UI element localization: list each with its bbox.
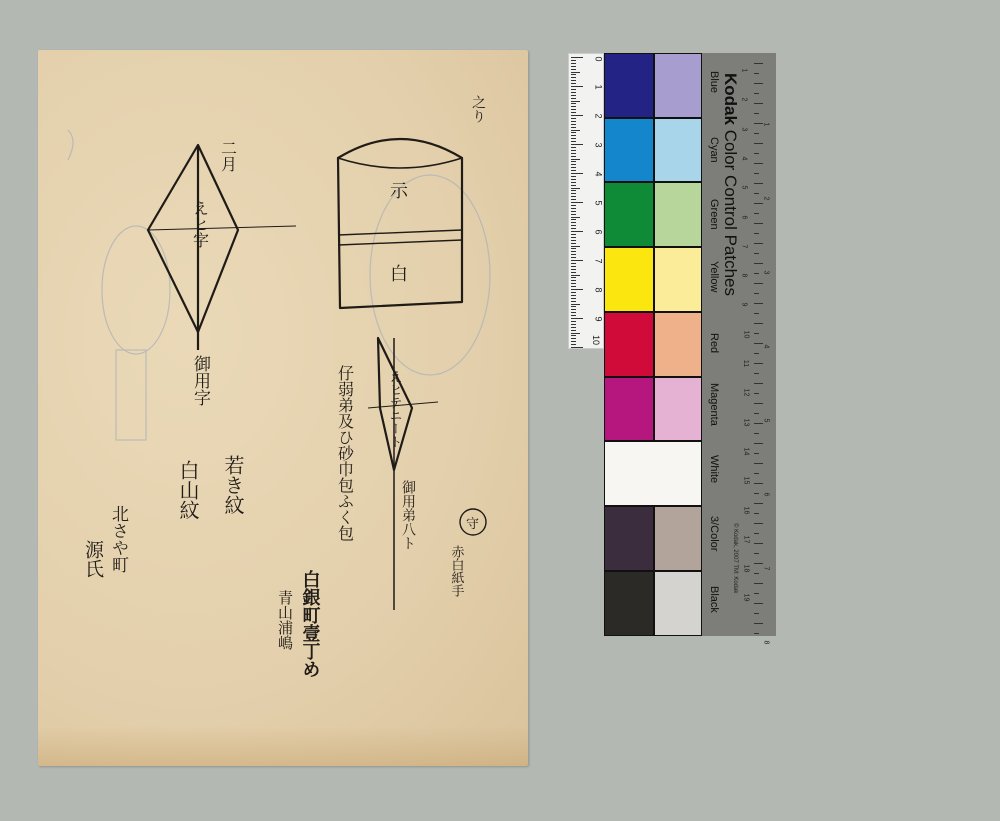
ruler-tick [571,333,580,334]
svg-text:御用弟八ト: 御用弟八ト [400,480,416,550]
gray-ruler-tick [754,433,759,434]
patch-green-dark [604,182,654,247]
ruler-tick [571,179,576,180]
gray-ruler-tick [754,323,763,324]
ruler-number: 3 [593,142,603,147]
gray-ruler-number: 7 [740,244,747,248]
gray-ruler-tick [754,313,759,314]
gray-ruler-tick [754,473,759,474]
gray-ruler-tick [754,453,759,454]
ruler-tick [571,199,576,200]
gray-ruler-tick [754,223,763,224]
label-black: Black [708,586,720,613]
gray-ruler-inch-number: 1 [762,123,769,127]
gray-ruler-tick [754,203,763,204]
gray-ruler-tick [754,123,763,124]
svg-text:青山浦嶋: 青山浦嶋 [276,590,294,650]
gray-ruler-number: 17 [742,535,749,543]
ruler-tick [571,347,583,348]
patch-magenta-light [654,377,702,441]
gray-ruler-tick [754,103,763,104]
patch-black-light [654,571,702,636]
gray-ruler-number: 5 [740,186,747,190]
ruler-tick [571,161,576,162]
white-cm-ruler: 0 1 2 3 4 5 6 7 8 9 10 [568,53,604,349]
ruler-tick [571,147,576,148]
gray-ruler-number: 9 [740,303,747,307]
patch-green-light [654,182,702,247]
label-magenta: Magenta [708,383,720,426]
gray-ruler-number: 4 [740,156,747,160]
ruler-tick [571,306,576,307]
ruler-tick [571,289,583,290]
patch-white [604,441,702,506]
patch-blue-dark [604,53,654,118]
label-green: Green [708,199,720,230]
gray-ruler-number: 18 [742,565,749,573]
gray-ruler-number: 3 [740,127,747,131]
gray-ruler-number: 14 [742,447,749,455]
gray-ruler-tick [754,273,759,274]
ruler-tick [571,98,576,99]
svg-text:赤白紙手: 赤白紙手 [449,544,465,597]
gray-ruler-tick [754,543,763,544]
gray-ruler-tick [754,403,763,404]
ruler-tick [571,63,576,64]
gray-ruler-tick [754,213,759,214]
ruler-tick [571,266,576,267]
gray-ruler-tick [754,303,763,304]
svg-text:白山紋: 白山紋 [176,460,200,520]
ruler-tick [571,57,583,58]
ruler-tick [571,321,576,322]
ruler-tick [571,86,583,87]
ruler-tick [571,277,576,278]
patch-yellow-dark [604,247,654,312]
gray-ruler-tick [754,233,759,234]
svg-text:示: 示 [390,181,409,202]
ruler-tick [571,237,576,238]
gray-ruler-tick [754,443,763,444]
ruler-tick [571,211,576,212]
ruler-tick [571,150,576,151]
gray-ruler-inch-number: 4 [762,345,769,349]
label-cyan: Cyan [708,137,720,163]
gray-ruler-tick [754,173,759,174]
gray-ruler-tick [754,413,759,414]
ruler-number: 4 [593,171,603,176]
patch-cyan-dark [604,118,654,182]
ruler-tick [571,205,576,206]
svg-text:之り: 之り [470,95,486,123]
ruler-tick [571,228,576,229]
label-3color: 3/Color [708,516,720,551]
gray-ruler-tick [754,553,759,554]
ruler-tick [571,74,576,75]
gray-ruler-tick [754,263,763,264]
ruler-number: 0 [593,56,603,61]
ruler-tick [571,167,576,168]
patch-red-light [654,312,702,377]
gray-ruler-tick [754,293,759,294]
gray-ruler-number: 6 [740,215,747,219]
ruler-tick [571,115,583,116]
ruler-tick [571,315,576,316]
gray-ruler-tick [754,73,759,74]
ruler-tick [571,283,576,284]
gray-ruler-tick [754,153,759,154]
gray-ruler-tick [754,393,759,394]
ruler-tick [571,109,576,110]
ruler-tick [571,153,576,154]
ruler-tick [571,135,576,136]
gray-ruler-tick [754,83,763,84]
ruler-tick [571,301,576,302]
gray-ruler-tick [754,113,759,114]
svg-text:守: 守 [466,517,479,532]
ruler-tick [571,118,576,119]
ruler-tick [571,106,576,107]
ruler-tick [571,190,576,191]
ruler-tick [571,298,576,299]
ruler-number: 1 [593,84,603,89]
gray-ruler-tick [754,583,763,584]
ruler-tick [571,130,580,131]
ruler-tick [571,330,576,331]
gray-ruler-tick [754,633,759,634]
gray-ruler-tick [754,483,763,484]
ruler-number: 7 [593,258,603,263]
ruler-tick [571,89,576,90]
ruler-tick [571,292,576,293]
gray-ruler-number: 15 [742,477,749,485]
ruler-tick [571,327,576,328]
gray-ruler-tick [754,463,763,464]
gray-ruler-tick [754,363,763,364]
ruler-tick [571,251,576,252]
ruler-tick [571,66,576,67]
gray-ruler-tick [754,513,759,514]
ruler-number: 9 [593,316,603,321]
gray-ruler-inch-number: 6 [762,493,769,497]
ruler-tick [571,248,576,249]
manuscript-drawings: 二月 之り えヒ字 示 白 えヒテニート 守 御用字 若き紋 白山紋 北さや町 … [38,50,528,766]
ruler-tick [571,260,583,261]
copyright-text: © Kodak, 2007 TM: Kodak [732,523,738,593]
gray-ruler-number: 10 [742,330,749,338]
gray-ruler-tick [754,533,759,534]
ruler-tick [571,95,576,96]
ruler-tick [571,170,576,171]
gray-ruler-tick [754,503,763,504]
ruler-tick [571,254,576,255]
gray-ruler-tick [754,343,763,344]
ruler-tick [571,72,580,73]
ruler-tick [571,240,576,241]
ruler-tick [571,77,576,78]
ruler-tick [571,83,576,84]
kodak-color-control-chart: 0 1 2 3 4 5 6 7 8 9 10 12345678910111213… [568,53,776,636]
ruler-tick [571,164,576,165]
patch-yellow-light [654,247,702,312]
ruler-number: 10 [591,335,601,345]
gray-ruler-tick [754,193,759,194]
gray-ruler-number: 19 [742,594,749,602]
ruler-tick [571,275,580,276]
svg-text:白銀町壹丁め: 白銀町壹丁め [300,569,321,678]
gray-ruler-tick [754,613,759,614]
chart-brand-title: Kodak Color Control Patches [720,73,740,296]
ruler-tick [571,188,580,189]
gray-ruler-tick [754,493,759,494]
ruler-tick [571,335,576,336]
ruler-tick [571,272,576,273]
gray-ruler-tick [754,163,763,164]
patch-magenta-dark [604,377,654,441]
svg-text:えヒ字: えヒ字 [191,200,210,248]
ruler-tick [571,269,576,270]
ruler-tick [571,324,576,325]
gray-ruler-tick [754,423,763,424]
gray-ruler-tick [754,353,759,354]
ruler-tick [571,214,576,215]
ruler-tick [571,263,576,264]
manuscript-sheet: 二月 之り えヒ字 示 白 えヒテニート 守 御用字 若き紋 白山紋 北さや町 … [38,50,528,766]
gray-ruler-number: 12 [742,389,749,397]
ruler-number: 6 [593,229,603,234]
ruler-tick [571,246,580,247]
label-white: White [708,455,720,483]
ruler-tick [571,257,576,258]
ruler-tick [571,286,576,287]
gray-ruler-number: 11 [742,360,749,367]
svg-text:二月: 二月 [219,140,238,172]
ruler-tick [571,127,576,128]
patch-black-dark [604,571,654,636]
patch-cyan-light [654,118,702,182]
label-blue: Blue [708,71,720,93]
ruler-tick [571,112,576,113]
ruler-tick [571,141,576,142]
gray-ruler-inch-number: 3 [762,271,769,275]
ruler-tick [571,219,576,220]
gray-ruler-tick [754,563,763,564]
svg-text:源氏: 源氏 [82,540,104,579]
ruler-tick [571,338,576,339]
label-red: Red [708,333,720,353]
gray-ruler-tick [754,593,759,594]
svg-text:えヒテニート: えヒテニート [387,370,402,448]
gray-ruler-tick [754,93,759,94]
ruler-tick [571,121,576,122]
ruler-tick [571,243,576,244]
gray-ruler-inch-number: 8 [762,641,769,645]
label-yellow: Yellow [708,261,720,292]
ruler-tick [571,312,576,313]
gray-ruler-tick [754,603,763,604]
gray-ruler-number: 13 [742,418,749,426]
ruler-tick [571,304,580,305]
ruler-tick [571,124,576,125]
ruler-tick [571,222,576,223]
gray-ruler-inch-number: 2 [762,197,769,201]
ruler-tick [571,318,583,319]
svg-text:若き紋: 若き紋 [221,455,245,515]
ruler-tick [571,208,576,209]
svg-text:白: 白 [390,264,408,285]
ruler-tick [571,280,576,281]
ruler-tick [571,202,583,203]
ruler-tick [571,80,576,81]
ruler-tick [571,295,576,296]
gray-ruler-tick [754,63,763,64]
ruler-tick [571,309,576,310]
ruler-tick [571,159,580,160]
ruler-tick [571,144,583,145]
gray-ruler-tick [754,143,763,144]
ruler-number: 5 [593,200,603,205]
ruler-tick [571,69,576,70]
svg-text:仔弱弟及ひ砂巾包ふく包: 仔弱弟及ひ砂巾包ふく包 [336,365,355,541]
gray-ruler-tick [754,383,763,384]
gray-ruler-tick [754,333,759,334]
gray-ruler-number: 16 [742,506,749,514]
gray-ruler-number: 2 [740,98,747,102]
ruler-tick [571,196,576,197]
gray-ruler-tick [754,243,763,244]
ruler-tick [571,156,576,157]
ruler-tick [571,60,576,61]
svg-text:御用字: 御用字 [190,355,211,406]
patch-blue-light [654,53,702,118]
gray-ruler-tick [754,283,763,284]
ruler-tick [571,101,580,102]
ruler-tick [571,185,576,186]
ruler-tick [571,132,576,133]
ruler-tick [571,103,576,104]
patch-3color-light [654,506,702,571]
ruler-tick [571,182,576,183]
gray-ruler-tick [754,623,763,624]
chart-title: Color Control Patches [721,130,740,296]
ruler-tick [571,138,576,139]
svg-text:北さや町: 北さや町 [108,505,129,573]
ruler-tick [571,92,576,93]
patch-red-dark [604,312,654,377]
ruler-tick [571,341,576,342]
gray-ruler-inch-number: 7 [762,567,769,571]
ruler-tick [571,234,576,235]
gray-ruler-inch-number: 5 [762,419,769,423]
gray-ruler-number: 8 [740,274,747,278]
ruler-tick [571,217,580,218]
ruler-tick [571,344,576,345]
gray-ruler-tick [754,133,759,134]
ruler-number: 8 [593,287,603,292]
ruler-tick [571,193,576,194]
ruler-tick [571,231,583,232]
kodak-logo: Kodak [721,73,740,125]
gray-ruler-tick [754,523,763,524]
gray-ruler-number: 1 [740,69,747,73]
gray-ruler-tick [754,573,759,574]
gray-ruler-tick [754,253,759,254]
patch-3color-dark [604,506,654,571]
ruler-tick [571,176,576,177]
ruler-tick [571,225,576,226]
ruler-tick [571,173,583,174]
gray-ruler-tick [754,183,763,184]
ruler-number: 2 [593,113,603,118]
gray-ruler-tick [754,373,759,374]
